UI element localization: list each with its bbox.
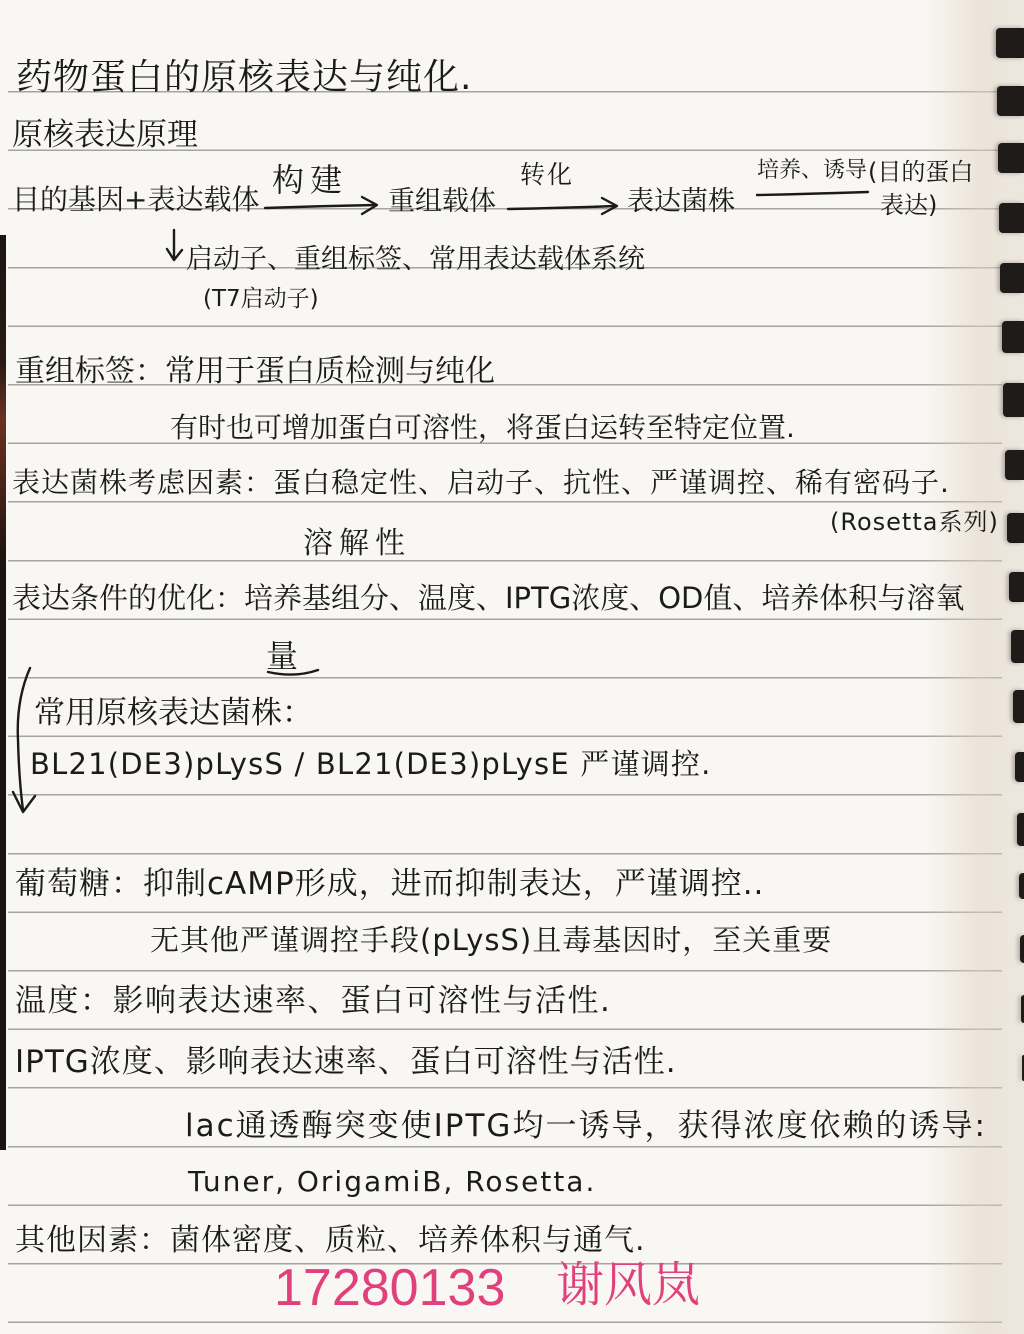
binder-hole bbox=[1005, 450, 1024, 480]
binder-hole bbox=[1020, 935, 1024, 963]
tags-line: 重组标签：常用于蛋白质检测与纯化 bbox=[15, 357, 495, 387]
flow-step-construct: 构建 bbox=[272, 164, 348, 196]
flow-step-culture: 培养、诱导 bbox=[757, 160, 867, 182]
flow-expression-strain: 表达菌株 bbox=[627, 188, 735, 215]
optimization-wrap: 量 bbox=[266, 640, 298, 672]
strain-factors-line: 表达菌株考虑因素：蛋白稳定性、启动子、抗性、严谨调控、稀有密码子. bbox=[12, 469, 950, 497]
page-left-edge bbox=[0, 235, 6, 1150]
watermark-name: 谢风岚 bbox=[556, 1262, 700, 1310]
tags-continuation: 有时也可增加蛋白可溶性，将蛋白运转至特定位置. bbox=[170, 414, 795, 442]
flow-step-transform: 转化 bbox=[520, 162, 574, 187]
common-strains-heading: 常用原核表达菌株： bbox=[34, 698, 313, 729]
section-heading: 原核表达原理 bbox=[12, 120, 198, 151]
rosetta-note: (Rosetta系列) bbox=[830, 510, 999, 534]
iptg-detail: lac通透酶突变使IPTG均一诱导，获得浓度依赖的诱导: bbox=[185, 1111, 987, 1142]
note-title: 药物蛋白的原核表达与纯化. bbox=[16, 60, 472, 96]
binder-hole bbox=[1002, 321, 1024, 353]
binder-hole bbox=[1017, 813, 1024, 846]
flow-source: 目的基因+表达载体 bbox=[12, 186, 259, 214]
binder-hole bbox=[1000, 263, 1024, 293]
binder-hole bbox=[1011, 630, 1024, 663]
notebook-page: 药物蛋白的原核表达与纯化. 原核表达原理 目的基因+表达载体 构建 重组载体 转… bbox=[0, 0, 1024, 1334]
temperature-line: 温度：影响表达速率、蛋白可溶性与活性. bbox=[15, 986, 611, 1017]
binder-hole bbox=[1009, 572, 1024, 602]
binder-hole bbox=[1003, 383, 1024, 417]
binder-hole bbox=[999, 203, 1024, 233]
binder-hole bbox=[1007, 513, 1024, 543]
iptg-strains: Tuner, OrigamiB, Rosetta. bbox=[188, 1168, 596, 1196]
flow-components-note: (T7启动子) bbox=[203, 288, 319, 311]
glucose-line: 葡萄糖：抑制cAMP形成，进而抑制表达，严谨调控.. bbox=[15, 869, 764, 900]
binder-hole bbox=[997, 86, 1024, 116]
flow-components: 启动子、重组标签、常用表达载体系统 bbox=[186, 246, 645, 273]
flow-result-line2: 表达) bbox=[880, 193, 937, 217]
binder-hole bbox=[1019, 873, 1024, 899]
glucose-detail: 无其他严谨调控手段(pLysS)且毒基因时，至关重要 bbox=[150, 926, 832, 955]
flow-result-line1: (目的蛋白 bbox=[868, 160, 973, 184]
binder-hole bbox=[1013, 690, 1024, 723]
binder-hole bbox=[996, 28, 1024, 58]
other-factors-line: 其他因素：菌体密度、质粒、培养体积与通气. bbox=[15, 1226, 646, 1256]
binder-hole bbox=[998, 143, 1024, 173]
flow-recombinant-vector: 重组载体 bbox=[388, 188, 496, 215]
optimization-line: 表达条件的优化：培养基组分、温度、IPTG浓度、OD值、培养体积与溶氧 bbox=[12, 584, 964, 613]
common-strains-list: BL21(DE3)pLysS / BL21(DE3)pLysE 严谨调控. bbox=[30, 750, 712, 779]
watermark-student-id: 17280133 bbox=[274, 1262, 505, 1314]
binder-hole bbox=[1015, 752, 1024, 782]
solubility-insert: 溶解性 bbox=[303, 529, 411, 559]
iptg-line: IPTG浓度、影响表达速率、蛋白可溶性与活性. bbox=[15, 1047, 677, 1078]
